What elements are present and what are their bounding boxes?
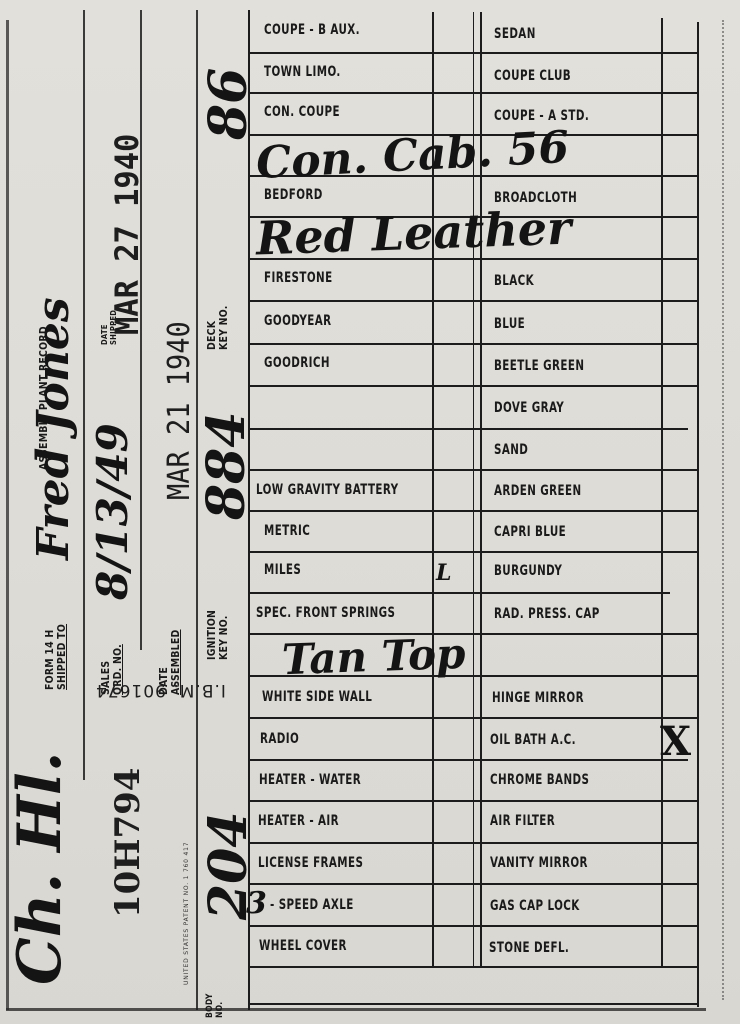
cell-vanity-mirror: VANITY MIRROR	[490, 855, 588, 871]
cell-oil-bath-ac: OIL BATH A.C.	[490, 732, 576, 748]
body-label-2: NO.	[215, 993, 225, 1018]
row-line	[248, 551, 698, 553]
assembly-plant-record-card: COUPE - B AUX. SEDAN TOWN LIMO. COUPE CL…	[0, 0, 740, 1024]
rule-shipped-to	[83, 10, 85, 780]
rule-grid-right	[697, 22, 699, 1007]
cell-blue: BLUE	[494, 316, 525, 332]
serial-number: 10H794	[108, 768, 148, 918]
cell-sand: SAND	[494, 442, 528, 458]
cell-rad-press-cap: RAD. PRESS. CAP	[494, 606, 600, 622]
handwritten-body-type: Con. Cab. 56	[255, 122, 570, 189]
cell-license-frames: LICENSE FRAMES	[258, 855, 363, 871]
rule-perforation	[722, 20, 725, 1000]
cell-spec-front-springs: SPEC. FRONT SPRINGS	[256, 605, 395, 621]
deck-key-value: 86	[198, 68, 259, 140]
cell-coupe-club: COUPE CLUB	[494, 68, 571, 84]
cell-con-coupe: CON. COUPE	[264, 104, 340, 120]
patent-text: UNITED STATES PATENT NO. 1 760 417	[183, 842, 190, 985]
row-line	[248, 592, 670, 594]
oil-bath-check-mark: X	[660, 718, 691, 765]
cell-gas-cap-lock: GAS CAP LOCK	[490, 898, 580, 914]
body-label-1: BODY	[205, 993, 215, 1018]
cell-heater-water: HEATER - WATER	[259, 772, 361, 788]
cell-coupe-b-aux: COUPE - B AUX.	[264, 22, 360, 38]
card-bottom-edge	[6, 1008, 706, 1011]
row-line	[248, 800, 698, 802]
ignition-key-label-2: KEY NO.	[218, 610, 230, 660]
form-label: FORM 14 H SHIPPED TO	[44, 624, 68, 690]
cell-radio: RADIO	[260, 731, 299, 747]
row-line	[248, 1003, 698, 1005]
row-line	[248, 428, 688, 430]
cell-sedan: SEDAN	[494, 26, 536, 42]
cell-stone-defl: STONE DEFL.	[489, 940, 569, 956]
cell-town-limo: TOWN LIMO.	[264, 64, 341, 80]
ibm-number: I.B.M. 901674	[95, 680, 226, 700]
cell-capri-blue: CAPRI BLUE	[494, 524, 566, 540]
cell-chrome-bands: CHROME BANDS	[490, 772, 589, 788]
cell-hinge-mirror: HINGE MIRROR	[492, 690, 584, 706]
ignition-key-value: 884	[196, 411, 257, 520]
cell-low-gravity-battery: LOW GRAVITY BATTERY	[256, 482, 399, 498]
cell-goodyear: GOODYEAR	[264, 313, 332, 329]
cell-bedford: BEDFORD	[264, 187, 323, 203]
row-line	[248, 469, 698, 471]
shipped-to-value: Fred Jones	[28, 297, 79, 560]
cell-air-filter: AIR FILTER	[490, 813, 555, 829]
date-assembled-stamp: MAR 21 1940	[162, 321, 197, 500]
deck-key-label-2: KEY NO.	[218, 305, 230, 350]
shipped-to-label: SHIPPED TO	[56, 624, 68, 690]
cell-burgundy: BURGUNDY	[494, 563, 562, 579]
cell-white-side-wall: WHITE SIDE WALL	[262, 689, 372, 705]
cell-arden-green: ARDEN GREEN	[494, 483, 582, 499]
sales-ord-value: 8/13/49	[88, 423, 137, 600]
row-line	[248, 385, 698, 387]
row-line	[248, 842, 698, 844]
miles-check-mark: L	[436, 560, 451, 586]
cell-coupe-a-std: COUPE - A STD.	[494, 108, 589, 124]
row-line	[248, 925, 698, 927]
cell-beetle-green: BEETLE GREEN	[494, 358, 584, 374]
rule-right-check	[661, 18, 663, 968]
row-line	[248, 343, 698, 345]
row-line	[248, 717, 698, 719]
row-line	[248, 52, 698, 54]
body-no-value: 204	[198, 811, 259, 920]
row-line	[248, 92, 698, 94]
cell-dove-gray: DOVE GRAY	[494, 400, 564, 416]
handwritten-top: Tan Top	[281, 629, 466, 684]
cell-metric: METRIC	[264, 523, 310, 539]
cell-goodrich: GOODRICH	[264, 355, 330, 371]
cell-miles: MILES	[264, 562, 301, 578]
handwritten-trim: Red Leather	[255, 201, 572, 266]
row-line	[248, 966, 698, 968]
cell-heater-air: HEATER - AIR	[258, 813, 339, 829]
deck-key-label: DECK KEY NO.	[206, 305, 230, 350]
row-line	[248, 300, 698, 302]
ignition-key-label: IGNITION KEY NO.	[206, 610, 230, 660]
row-line	[248, 759, 688, 761]
cell-black: BLACK	[494, 273, 534, 289]
cell-speed-axle: - SPEED AXLE	[270, 897, 354, 913]
row-line	[248, 510, 698, 512]
date-shipped-stamp: MAR 27 1940	[108, 134, 146, 335]
body-no-label: BODY NO.	[205, 993, 225, 1018]
cell-wheel-cover: WHEEL COVER	[259, 938, 347, 954]
row-line	[248, 883, 698, 885]
cell-firestone: FIRESTONE	[264, 270, 333, 286]
signature: Ch. Hl.	[5, 751, 75, 985]
